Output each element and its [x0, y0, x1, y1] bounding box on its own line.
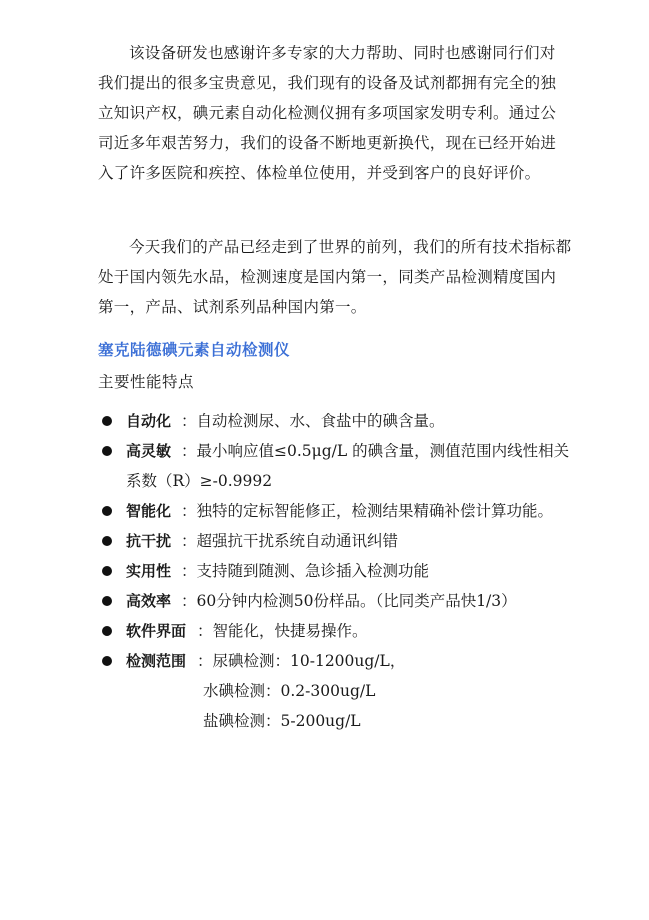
feature-text: ：独特的定标智能修正，检测结果精确补偿计算功能。 — [181, 496, 553, 526]
feature-item: 实用性 ：支持随到随测、急诊插入检测功能 — [102, 556, 572, 586]
feature-list: 自动化 ：自动检测尿、水、食盐中的碘含量。 高灵敏 ：最小响应值≤0.5μg/L… — [102, 406, 572, 736]
feature-label: 实用性 — [126, 556, 171, 586]
feature-label: 软件界面 — [126, 616, 186, 646]
product-heading: 塞克陆德碘元素自动检测仪 — [98, 338, 290, 360]
paragraph-line: 该设备研发也感谢许多专家的大力帮助、同时也感谢同行们对 — [98, 38, 558, 68]
feature-item: 抗干扰 ：超强抗干扰系统自动通讯纠错 — [102, 526, 572, 556]
feature-text: ：尿碘检测：10-1200ug/L， — [197, 646, 405, 676]
feature-continuation: 盐碘检测：5-200ug/L — [102, 706, 572, 736]
paragraph-line: 处于国内领先水品，检测速度是国内第一，同类产品检测精度国内 — [98, 262, 558, 292]
bullet-icon — [102, 506, 112, 516]
feature-text: 水碘检测：0.2-300ug/L — [203, 676, 375, 706]
bullet-icon — [102, 656, 112, 666]
intro-paragraph: 该设备研发也感谢许多专家的大力帮助、同时也感谢同行们对 我们提出的很多宝贵意见，… — [98, 38, 558, 188]
feature-item: 软件界面 ：智能化，快捷易操作。 — [102, 616, 572, 646]
feature-text: ：最小响应值≤0.5μg/L 的碘含量，测值范围内线性相关 — [181, 436, 569, 466]
feature-text: ：自动检测尿、水、食盐中的碘含量。 — [181, 406, 445, 436]
paragraph-line: 第一，产品、试剂系列品种国内第一。 — [98, 292, 558, 322]
bullet-icon — [102, 596, 112, 606]
second-paragraph: 今天我们的产品已经走到了世界的前列，我们的所有技术指标都 处于国内领先水品，检测… — [98, 232, 558, 322]
feature-item: 高灵敏 ：最小响应值≤0.5μg/L 的碘含量，测值范围内线性相关 — [102, 436, 572, 466]
feature-text: 系数（R）≥-0.9992 — [126, 466, 272, 496]
bullet-icon — [102, 446, 112, 456]
bullet-icon — [102, 566, 112, 576]
features-subheading: 主要性能特点 — [98, 370, 194, 392]
paragraph-line: 入了许多医院和疾控、体检单位使用，并受到客户的良好评价。 — [98, 158, 558, 188]
paragraph-line: 我们提出的很多宝贵意见，我们现有的设备及试剂都拥有完全的独 — [98, 68, 558, 98]
feature-text: ：支持随到随测、急诊插入检测功能 — [181, 556, 429, 586]
feature-label: 高效率 — [126, 586, 171, 616]
document-page: 该设备研发也感谢许多专家的大力帮助、同时也感谢同行们对 我们提出的很多宝贵意见，… — [0, 0, 649, 920]
feature-text: ：智能化，快捷易操作。 — [197, 616, 368, 646]
feature-text: ：60分钟内检测50份样品。（比同类产品快1/3） — [181, 586, 517, 616]
feature-label: 智能化 — [126, 496, 171, 526]
feature-label: 抗干扰 — [126, 526, 171, 556]
feature-item: 高效率 ：60分钟内检测50份样品。（比同类产品快1/3） — [102, 586, 572, 616]
paragraph-line: 今天我们的产品已经走到了世界的前列，我们的所有技术指标都 — [98, 232, 558, 262]
paragraph-line: 司近多年艰苦努力，我们的设备不断地更新换代，现在已经开始进 — [98, 128, 558, 158]
feature-label: 检测范围 — [126, 646, 186, 676]
bullet-icon — [102, 626, 112, 636]
feature-text: ：超强抗干扰系统自动通讯纠错 — [181, 526, 398, 556]
feature-item: 智能化 ：独特的定标智能修正，检测结果精确补偿计算功能。 — [102, 496, 572, 526]
feature-label: 自动化 — [126, 406, 171, 436]
feature-text: 盐碘检测：5-200ug/L — [203, 706, 361, 736]
bullet-icon — [102, 536, 112, 546]
feature-continuation: 系数（R）≥-0.9992 — [102, 466, 572, 496]
paragraph-line: 立知识产权，碘元素自动化检测仪拥有多项国家发明专利。通过公 — [98, 98, 558, 128]
feature-item: 检测范围 ：尿碘检测：10-1200ug/L， — [102, 646, 572, 676]
feature-continuation: 水碘检测：0.2-300ug/L — [102, 676, 572, 706]
feature-item: 自动化 ：自动检测尿、水、食盐中的碘含量。 — [102, 406, 572, 436]
bullet-icon — [102, 416, 112, 426]
feature-label: 高灵敏 — [126, 436, 171, 466]
